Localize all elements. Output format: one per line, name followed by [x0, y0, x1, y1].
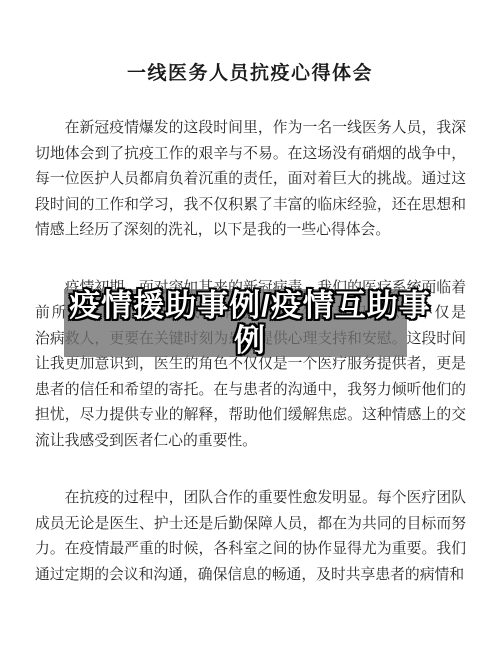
watermark-headline: 疫情援助事例/疫情互助事 例	[0, 288, 500, 358]
text-line: 担忧，尽力提供专业的解释，帮助他们缓解焦虑。这种情感上的交	[35, 403, 466, 429]
watermark-headline-line1: 疫情援助事例/疫情互助事	[0, 288, 500, 323]
text-line: 患者的信任和希望的寄托。在与患者的沟通中，我努力倾听他们的	[35, 378, 466, 404]
document-title: 一线医务人员抗疫心得体会	[0, 58, 500, 85]
text-line: 成员无论是医生、护士还是后勤保障人员，都在为共同的目标而努	[35, 512, 466, 538]
paragraph: 在抗疫的过程中，团队合作的重要性愈发明显。每个医疗团队成员无论是医生、护士还是后…	[35, 486, 466, 588]
text-line: 每一位医护人员都肩负着沉重的责任，面对着巨大的挑战。通过这	[35, 167, 466, 193]
text-line: 力。在疫情最严重的时候，各科室之间的协作显得尤为重要。我们	[35, 537, 466, 563]
document-page: 一线医务人员抗疫心得体会 在新冠疫情爆发的这段时间里，作为一名一线医务人员，我深…	[0, 0, 500, 647]
text-line: 流让我感受到医者仁心的重要性。	[35, 429, 466, 455]
text-line: 情感上经历了深刻的洗礼，以下是我的一些心得体会。	[35, 218, 466, 244]
text-line: 在抗疫的过程中，团队合作的重要性愈发明显。每个医疗团队	[35, 486, 466, 512]
text-line: 切地体会到了抗疫工作的艰辛与不易。在这场没有硝烟的战争中，	[35, 142, 466, 168]
text-line: 段时间的工作和学习，我不仅积累了丰富的临床经验，还在思想和	[35, 193, 466, 219]
document-body: 在新冠疫情爆发的这段时间里，作为一名一线医务人员，我深切地体会到了抗疫工作的艰辛…	[35, 116, 466, 620]
paragraph: 在新冠疫情爆发的这段时间里，作为一名一线医务人员，我深切地体会到了抗疫工作的艰辛…	[35, 116, 466, 244]
text-line: 通过定期的会议和沟通，确保信息的畅通，及时共享患者的病情和	[35, 563, 466, 589]
text-line: 在新冠疫情爆发的这段时间里，作为一名一线医务人员，我深	[35, 116, 466, 142]
watermark-headline-line2: 例	[0, 323, 500, 358]
